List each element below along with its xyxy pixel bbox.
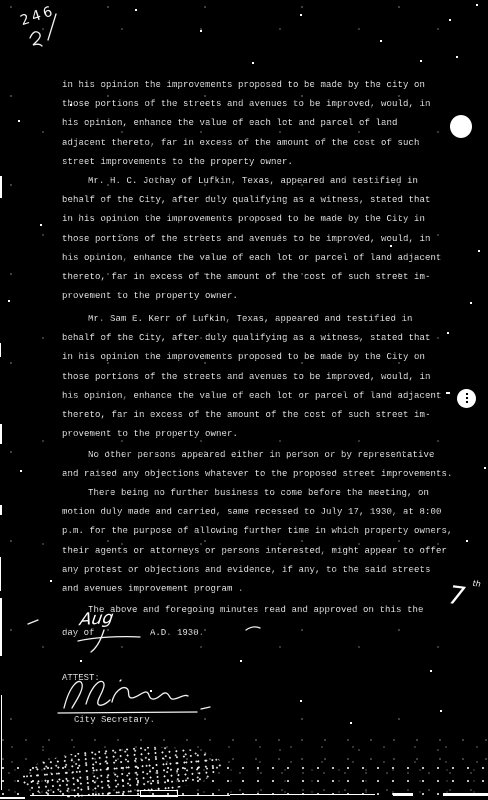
punch-hole (457, 389, 476, 408)
punch-hole-dots (466, 393, 468, 395)
signature-rule (201, 707, 210, 709)
film-edge-mark (0, 343, 1, 357)
film-edge-mark (0, 598, 2, 656)
bottom-frame-box (140, 790, 178, 797)
punch-hole (450, 115, 472, 138)
stray-pen-mark (28, 620, 38, 624)
film-edge-mark (446, 392, 450, 394)
dust-specks (0, 0, 2, 2)
film-edge-mark (0, 176, 2, 198)
signature-stroke (86, 681, 110, 705)
signature-stroke (120, 680, 121, 681)
film-edge-mark (0, 424, 2, 444)
film-edge-mark (0, 505, 2, 515)
bottom-frame-line (30, 795, 230, 796)
city-secretary-signature (0, 0, 488, 800)
month-underline-stroke (78, 637, 140, 641)
signature-stroke (112, 688, 188, 702)
signature-rule (58, 712, 197, 713)
page-number-scrawl (48, 14, 56, 40)
scanned-document-page: in his opinion the improvements proposed… (0, 0, 488, 800)
page-number-scrawl (30, 32, 42, 46)
film-edge-mark (1, 695, 2, 790)
month-descender-stroke (91, 630, 104, 652)
signature-stroke (64, 681, 82, 708)
bottom-frame-line (393, 793, 413, 796)
bottom-frame-line (443, 793, 488, 796)
stray-pen-mark (246, 627, 260, 630)
bottom-frame-line (0, 797, 25, 799)
bottom-frame-line (230, 794, 375, 795)
film-edge-mark (0, 557, 1, 591)
